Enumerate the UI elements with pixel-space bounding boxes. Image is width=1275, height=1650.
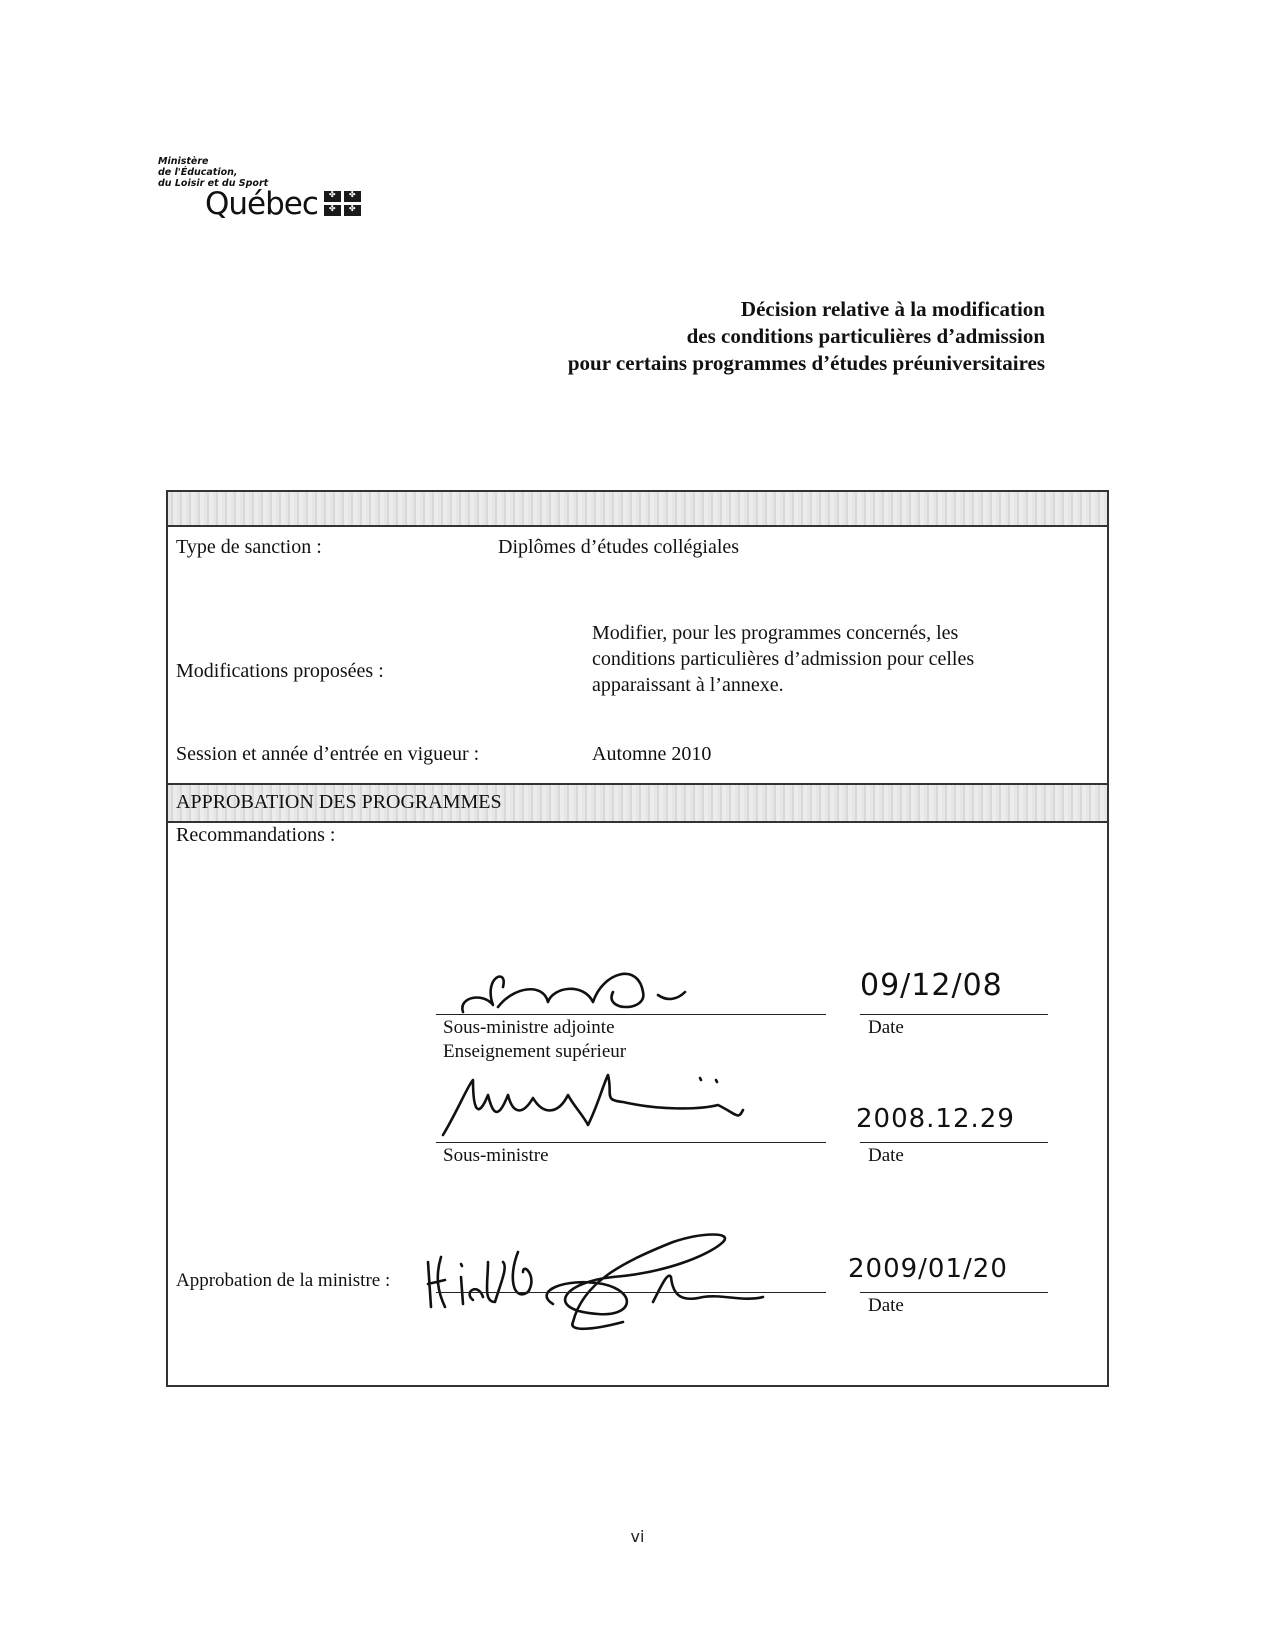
modifications-value: Modifier, pour les programmes concernés,… — [592, 620, 974, 698]
form-header-bar — [168, 492, 1107, 527]
signatory-role: Sous-ministre — [443, 1144, 549, 1168]
signature-line — [436, 1292, 826, 1293]
role-line: Sous-ministre adjointe — [443, 1016, 626, 1040]
document-title: Décision relative à la modification des … — [568, 296, 1045, 377]
signature-deputy-minister-assistant — [453, 957, 703, 1017]
modifications-line: Modifier, pour les programmes concernés,… — [592, 620, 974, 646]
minister-approval-label: Approbation de la ministre : — [176, 1268, 390, 1294]
session-label: Session et année d’entrée en vigueur : — [176, 741, 479, 767]
signature-line — [436, 1142, 826, 1143]
title-line: des conditions particulières d’admission — [568, 323, 1045, 350]
ministry-name: Ministère de l'Éducation, du Loisir et d… — [158, 156, 361, 189]
signature-deputy-minister — [438, 1070, 778, 1140]
title-line: pour certains programmes d’études préuni… — [568, 350, 1045, 377]
signature-minister — [423, 1222, 843, 1332]
modifications-line: apparaissant à l’annexe. — [592, 672, 974, 698]
date-line — [860, 1142, 1048, 1143]
recommendations-label: Recommandations : — [176, 822, 335, 848]
approval-heading-bar: APPROBATION DES PROGRAMMES — [168, 783, 1107, 823]
signature-line — [436, 1014, 826, 1015]
approval-heading: APPROBATION DES PROGRAMMES — [176, 791, 502, 814]
date-label: Date — [868, 1016, 904, 1040]
type-value: Diplômes d’études collégiales — [498, 534, 739, 560]
role-line: Enseignement supérieur — [443, 1040, 626, 1064]
signatory-role: Sous-ministre adjointe Enseignement supé… — [443, 1016, 626, 1064]
handwritten-date: 2008.12.29 — [856, 1104, 1015, 1134]
ministry-line: Ministère — [158, 156, 361, 167]
date-line — [860, 1014, 1048, 1015]
handwritten-date: 09/12/08 — [860, 968, 1003, 1003]
date-label: Date — [868, 1144, 904, 1168]
decision-form: Type de sanction : Diplômes d’études col… — [166, 490, 1109, 1387]
session-value: Automne 2010 — [592, 741, 711, 767]
date-label: Date — [868, 1294, 904, 1318]
quebec-wordmark: Québec — [205, 189, 318, 219]
fleurdelise-flag-icon — [324, 191, 361, 216]
modifications-label: Modifications proposées : — [176, 658, 384, 684]
title-line: Décision relative à la modification — [568, 296, 1045, 323]
ministry-logo: Ministère de l'Éducation, du Loisir et d… — [158, 156, 361, 219]
type-label: Type de sanction : — [176, 534, 322, 560]
modifications-line: conditions particulières d’admission pou… — [592, 646, 974, 672]
date-line — [860, 1292, 1048, 1293]
page-number: vi — [0, 1527, 1275, 1546]
ministry-line: de l'Éducation, — [158, 167, 361, 178]
handwritten-date: 2009/01/20 — [848, 1254, 1008, 1284]
